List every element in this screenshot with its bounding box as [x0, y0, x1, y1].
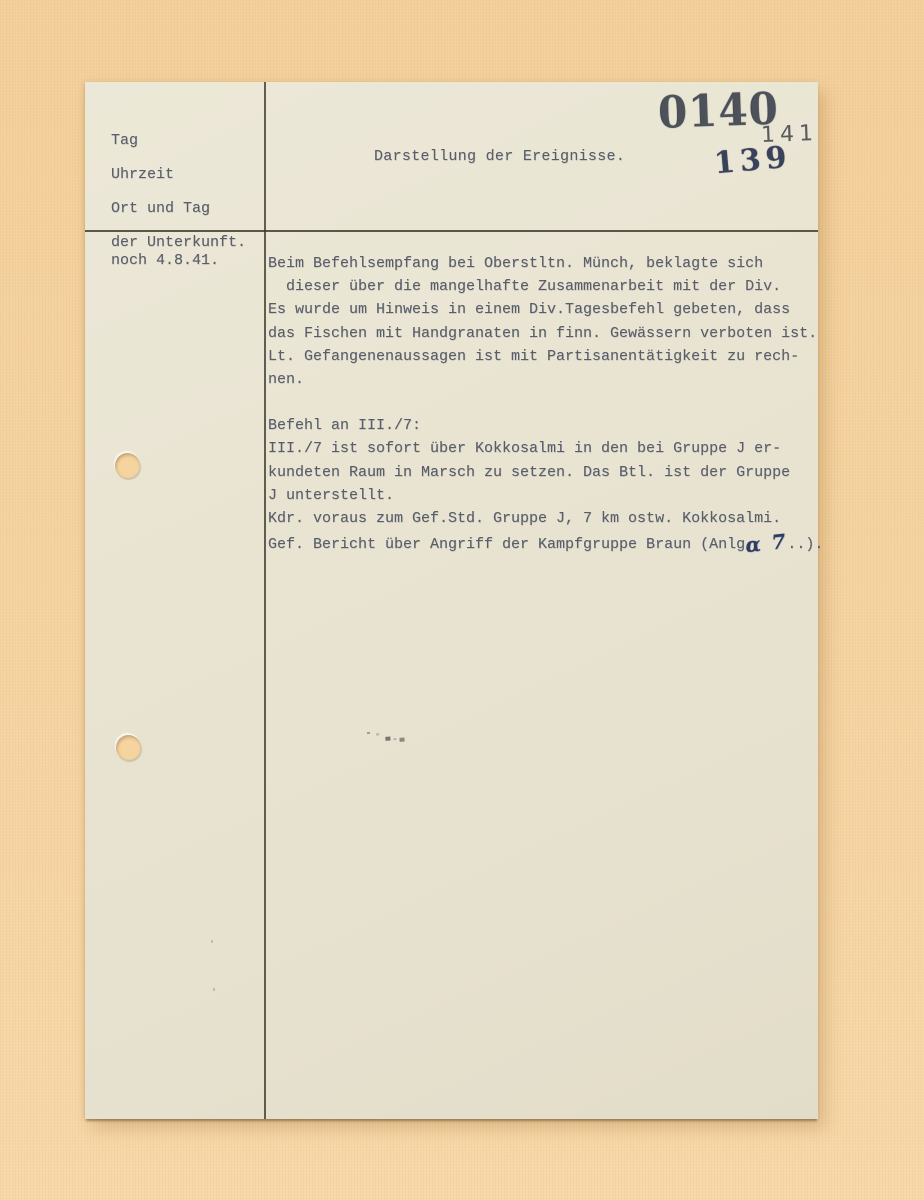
typed-line-with-annotation: Gef. Bericht über Angriff der Kampfgrupp…: [268, 530, 823, 556]
entry-text: Beim Befehlsempfang bei Oberstltn. Münch…: [268, 252, 823, 556]
page-title: Darstellung der Ereignisse.: [374, 148, 625, 165]
typed-fragment: Gef. Bericht über Angriff der Kampfgrupp…: [268, 536, 745, 553]
typed-line: Kdr. voraus zum Gef.Std. Gruppe J, 7 km …: [268, 507, 823, 530]
typed-line: dieser über die mangelhafte Zusammenarbe…: [268, 275, 823, 298]
typed-line: Beim Befehlsempfang bei Oberstltn. Münch…: [268, 252, 823, 275]
column-heading-line: Ort und Tag: [111, 200, 210, 217]
typed-line: Lt. Gefangenenaussagen ist mit Partisane…: [268, 345, 823, 368]
entry-date: noch 4.8.41.: [111, 252, 219, 269]
war-diary-page: Tag Uhrzeit Ort und Tag der Unterkunft. …: [85, 82, 818, 1119]
column-heading-line: Tag: [111, 132, 138, 149]
column-heading: Tag Uhrzeit Ort und Tag der Unterkunft.: [111, 132, 246, 251]
paper-speck: [213, 988, 215, 991]
paper-speck: [211, 940, 213, 943]
scan-photo: Tag Uhrzeit Ort und Tag der Unterkunft. …: [0, 0, 924, 1200]
punch-hole-top: [115, 453, 140, 478]
typed-line: Befehl an III./7:: [268, 414, 823, 437]
typed-line: kundeten Raum in Marsch zu setzen. Das B…: [268, 461, 823, 484]
column-heading-line: der Unterkunft.: [111, 234, 246, 251]
handwritten-annotation: α 7: [744, 530, 788, 557]
typed-line: III./7 ist sofort über Kokkosalmi in den…: [268, 437, 823, 460]
typed-fragment: ..).: [787, 536, 823, 553]
column-heading-line: Uhrzeit: [111, 166, 174, 183]
ink-smudge: [367, 732, 370, 734]
paragraph: Beim Befehlsempfang bei Oberstltn. Münch…: [268, 252, 823, 391]
folio-number-stamp-small: 139: [713, 140, 793, 182]
punch-hole-bottom: [116, 735, 141, 760]
typed-line: nen.: [268, 368, 823, 391]
typed-line: J unterstellt.: [268, 484, 823, 507]
column-divider-rule: [264, 82, 266, 1119]
paragraph: Befehl an III./7: III./7 ist sofort über…: [268, 414, 823, 556]
typed-line: Es wurde um Hinweis in einem Div.Tagesbe…: [268, 298, 823, 321]
typed-line: das Fischen mit Handgranaten in finn. Ge…: [268, 322, 823, 345]
